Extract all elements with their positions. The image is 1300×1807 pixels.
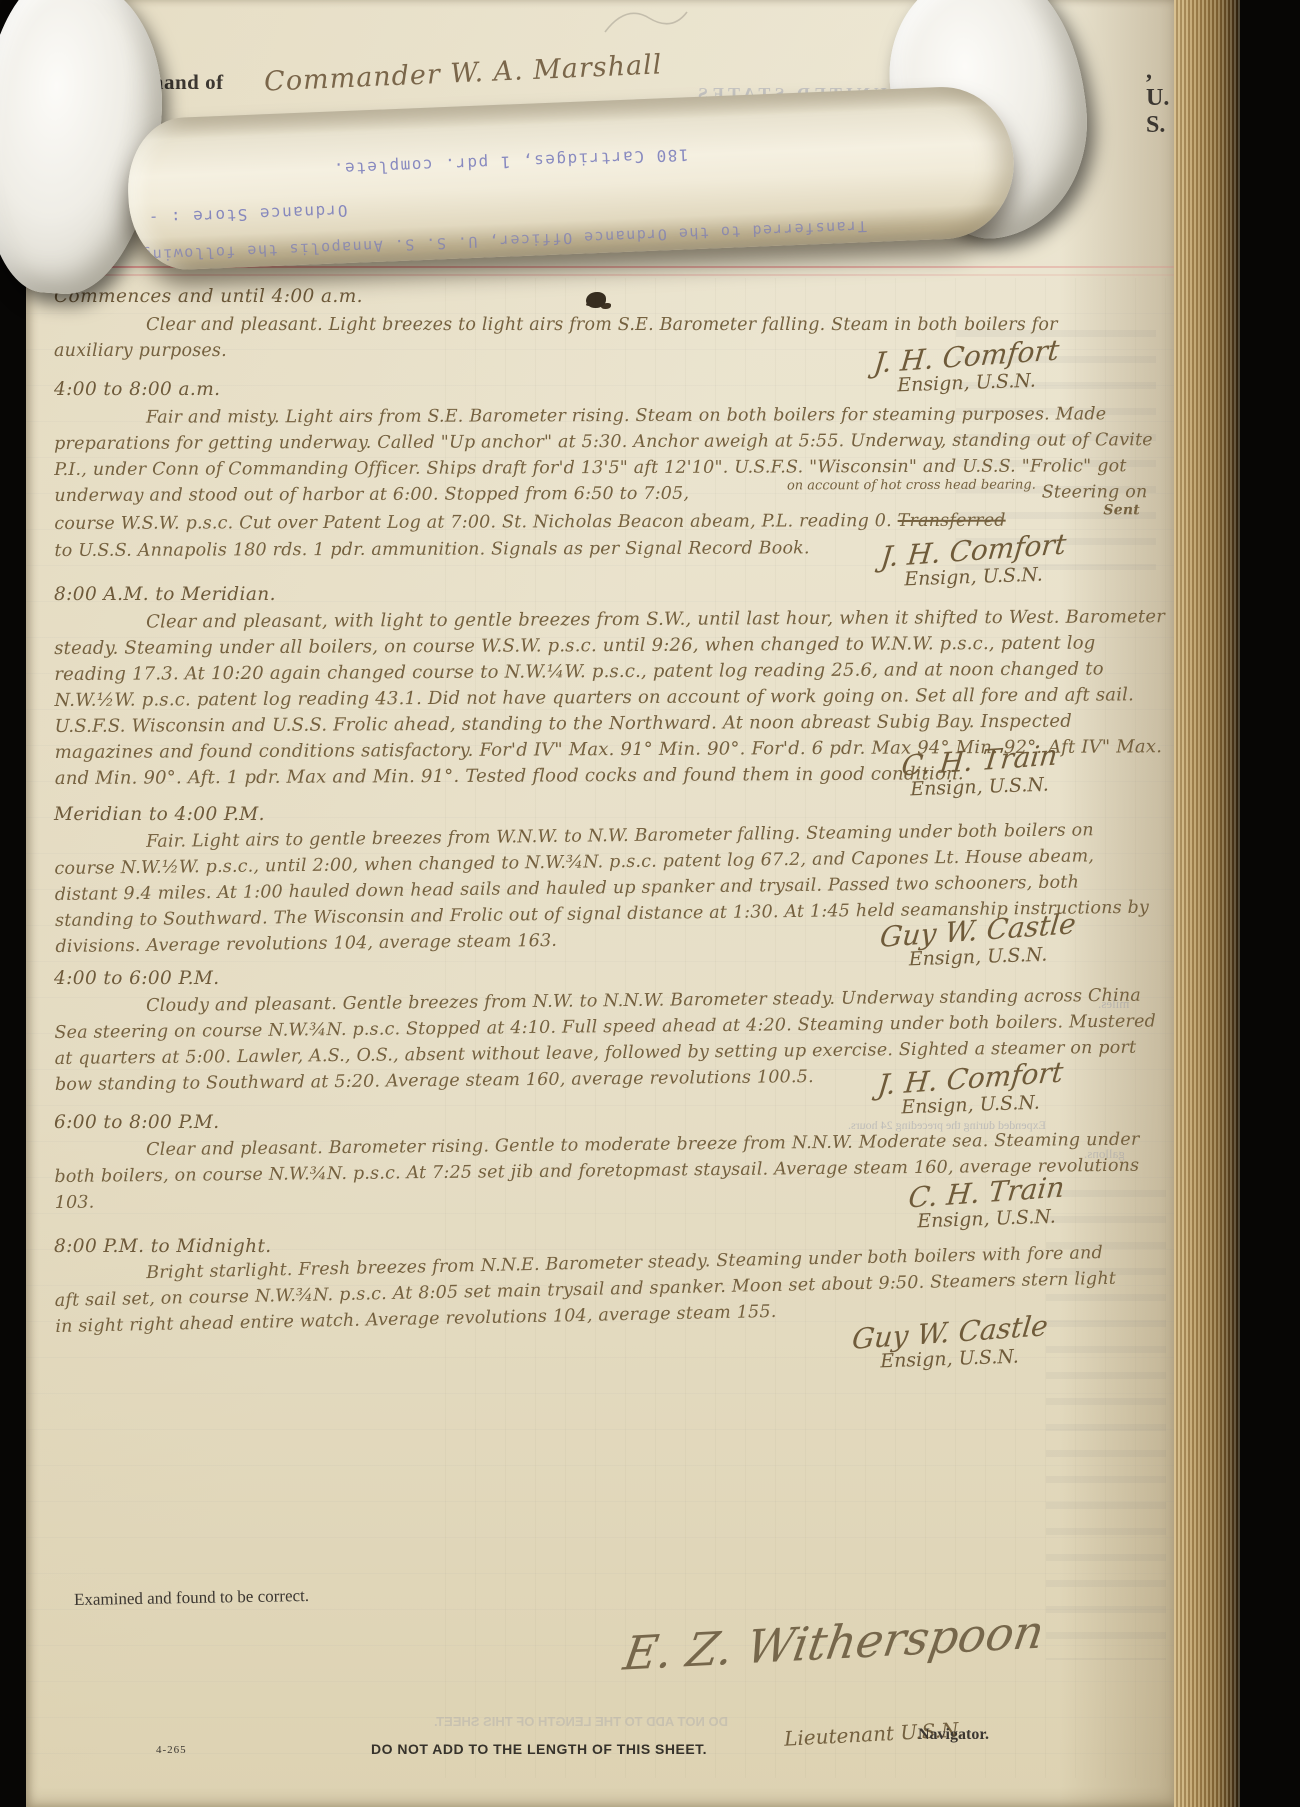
form-number: 4-265 — [156, 1744, 187, 1756]
length-warning-ghost: DO NOT ADD TO THE LENGTH OF THIS SHEET. — [434, 1714, 728, 1729]
entry-heading: 4:00 to 8:00 a.m. — [54, 379, 1162, 400]
red-margin-line-2 — [26, 274, 1174, 276]
examined-note: Examined and found to be correct. — [74, 1586, 309, 1610]
typed-line-cartridges: 180 Cartridges, 1 pdr. complete. — [332, 145, 689, 178]
typed-line-ordnance-store: Ordnance Store : - — [147, 201, 348, 228]
page-stack-edge — [1174, 0, 1240, 1807]
officer-signature-block: J. H. Comfort Ensign, U.S.N. — [868, 1062, 1073, 1116]
navigator-label: Navigator. — [918, 1726, 989, 1744]
pencil-scribble — [601, 2, 691, 44]
show-through-expended-label: Expended during the preceding 24 hours. — [848, 1118, 1046, 1133]
inserted-word: Sent — [1011, 497, 1140, 523]
show-through-gallons-label: gallons. — [1084, 1146, 1125, 1162]
entry-text: to U.S.S. Annapolis 180 rds. 1 pdr. ammu… — [54, 538, 809, 561]
show-through-miles-label: miles. — [1098, 996, 1129, 1012]
commander-name: Commander W. A. Marshall — [264, 49, 663, 97]
photo-backdrop: mmand of Commander W. A. Marshall , U. S… — [0, 0, 1300, 1807]
struck-word: Transferred — [898, 511, 1006, 531]
header-us-fragment: , U. S. — [1146, 58, 1174, 139]
officer-signature-block: J. H. Comfort Ensign, U.S.N. — [871, 534, 1076, 588]
interlined-note: on account of hot cross head bearing. — [695, 473, 1036, 500]
entry-heading: 8:00 A.M. to Meridian. — [54, 584, 1172, 605]
logbook-page: mmand of Commander W. A. Marshall , U. S… — [26, 0, 1174, 1807]
entry-heading: Commences and until 4:00 a.m. — [54, 286, 1069, 307]
officer-signature-block: C. H. Train Ensign, U.S.N. — [882, 744, 1077, 798]
officer-signature-block: C. H. Train Ensign, U.S.N. — [894, 1176, 1079, 1230]
officer-signature-block: Guy W. Castle Ensign, U.S.N. — [852, 1316, 1047, 1370]
length-warning: DO NOT ADD TO THE LENGTH OF THIS SHEET. — [371, 1741, 707, 1757]
officer-signature-block: Guy W. Castle Ensign, U.S.N. — [878, 914, 1078, 968]
